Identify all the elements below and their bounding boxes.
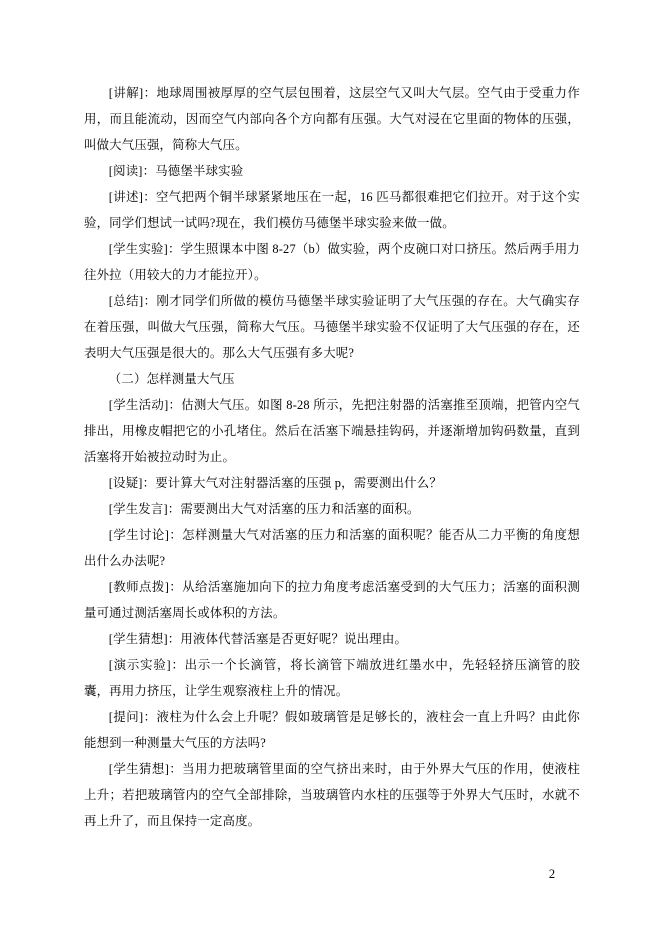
paragraph-reading: [阅读]：马德堡半球实验: [84, 158, 580, 184]
paragraph-student-activity: [学生活动]：估测大气压。如图 8-28 所示，先把注射器的活塞推至顶端，把管内…: [84, 392, 580, 470]
paragraph-student-guess-2: [学生猜想]：当用力把玻璃管里面的空气挤出来时，由于外界大气压的作用，使液柱上升…: [84, 756, 580, 834]
paragraph-teacher-guidance: [教师点拨]：从给活塞施加向下的拉力角度考虑活塞受到的大气压力；活塞的面积测量可…: [84, 574, 580, 626]
paragraph-question-ask: [提问]：液柱为什么会上升呢？假如玻璃管是足够长的，液柱会一直上升吗？由此你能想…: [84, 704, 580, 756]
paragraph-student-response: [学生发言]：需要测出大气对活塞的压力和活塞的面积。: [84, 496, 580, 522]
paragraph-student-experiment: [学生实验]：学生照课本中图 8-27（b）做实验，两个皮碗口对口挤压。然后两手…: [84, 236, 580, 288]
paragraph-student-discussion: [学生讨论]：怎样测量大气对活塞的压力和活塞的面积呢？能否从二力平衡的角度想出什…: [84, 522, 580, 574]
paragraph-lecture-explain: [讲解]：地球周围被厚厚的空气层包围着，这层空气又叫大气层。空气由于受重力作用，…: [84, 80, 580, 158]
paragraph-student-guess-1: [学生猜想]：用液体代替活塞是否更好呢？说出理由。: [84, 626, 580, 652]
paragraph-demo-experiment: [演示实验]：出示一个长滴管，将长滴管下端放进红墨水中，先轻轻挤压滴管的胶囊，再…: [84, 652, 580, 704]
paragraph-narration: [讲述]：空气把两个铜半球紧紧地压在一起，16 匹马都很难把它们拉开。对于这个实…: [84, 184, 580, 236]
section-heading-measure-pressure: （二）怎样测量大气压: [84, 366, 580, 392]
document-page: [讲解]：地球周围被厚厚的空气层包围着，这层空气又叫大气层。空气由于受重力作用，…: [0, 0, 661, 935]
page-number: 2: [540, 866, 564, 882]
paragraph-summary: [总结]：刚才同学们所做的模仿马德堡半球实验证明了大气压强的存在。大气确实存在着…: [84, 288, 580, 366]
paragraph-question-posed: [设疑]：要计算大气对注射器活塞的压强 p，需要测出什么？: [84, 470, 580, 496]
document-body: [讲解]：地球周围被厚厚的空气层包围着，这层空气又叫大气层。空气由于受重力作用，…: [84, 80, 580, 834]
